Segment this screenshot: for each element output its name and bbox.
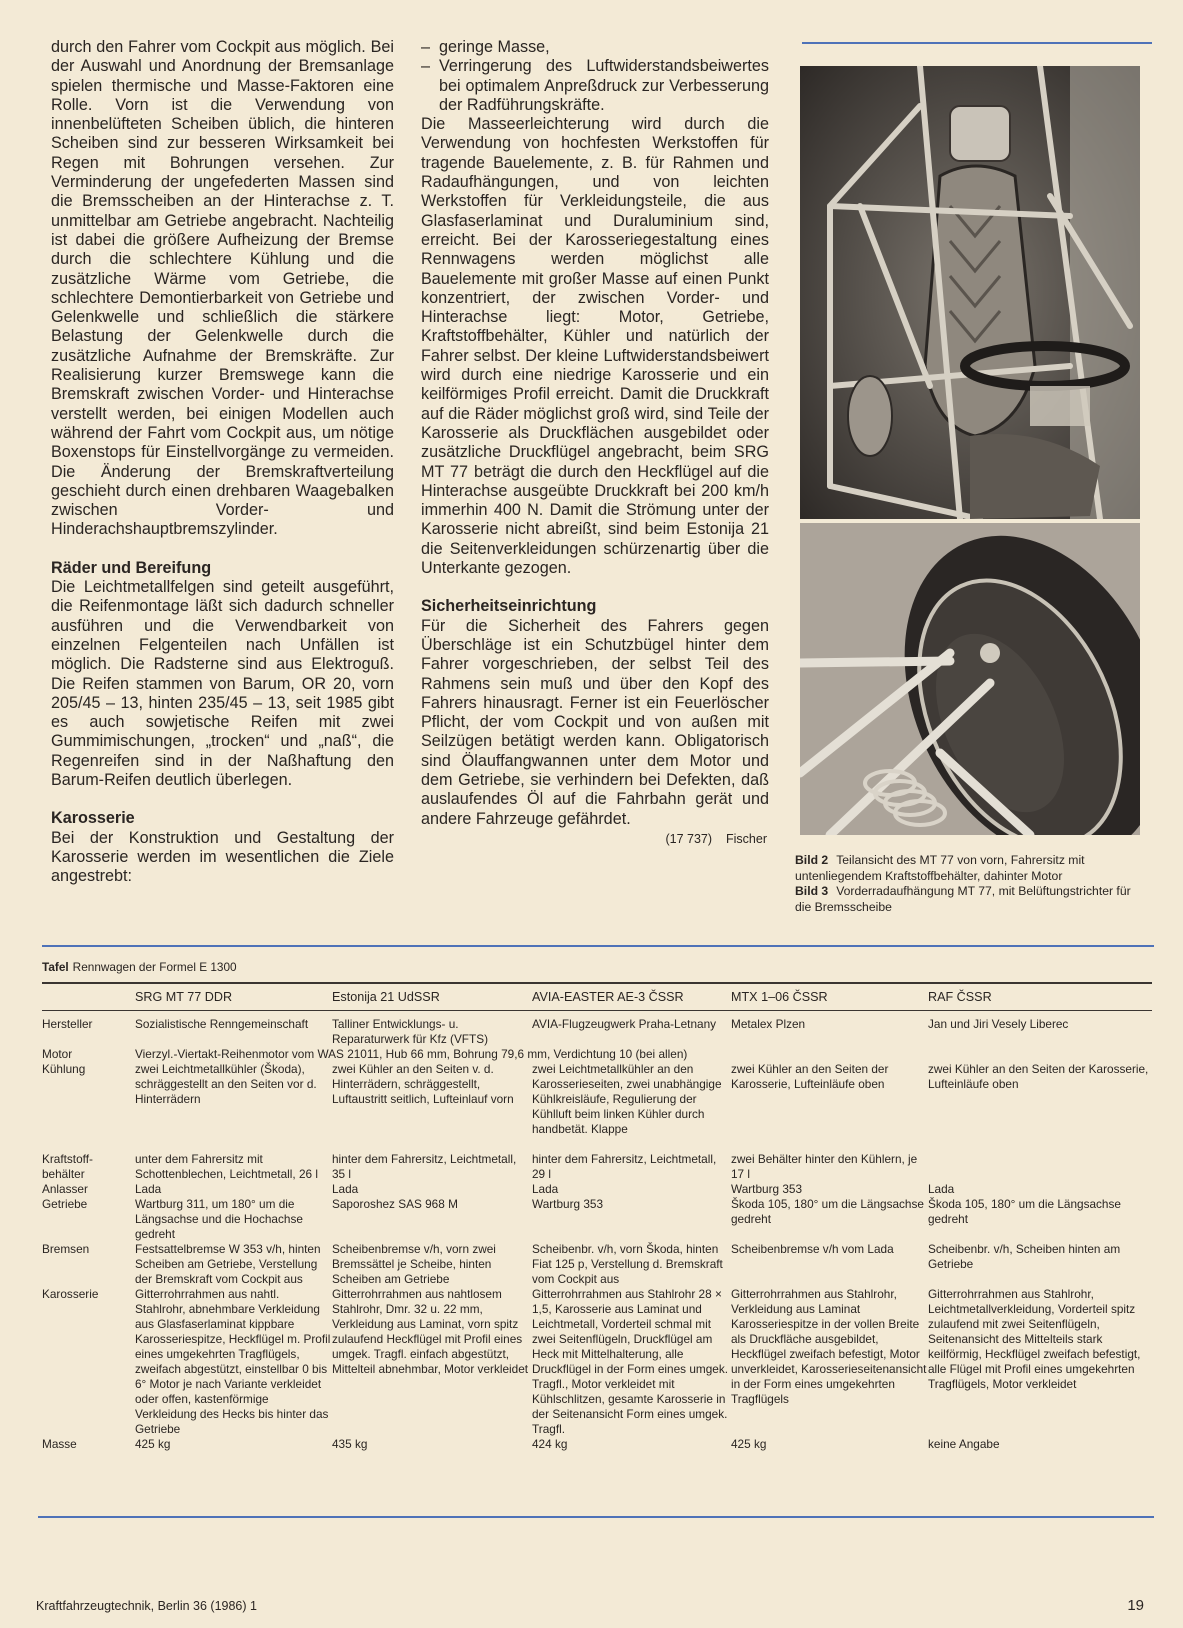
table-row-hersteller: Hersteller Sozialistische Renngemeinscha… bbox=[42, 1017, 1152, 1047]
paragraph-sicherheit: Für die Sicherheit des Fahrers gegen Übe… bbox=[421, 617, 769, 829]
paragraph-raeder: Die Leichtmetallfelgen sind geteilt ausg… bbox=[51, 578, 394, 790]
photo-bild-3-suspension bbox=[800, 523, 1140, 835]
front-suspension-photo-icon bbox=[800, 523, 1140, 835]
reference-number: (17 737) bbox=[665, 832, 712, 846]
table-rule bbox=[42, 1010, 1152, 1012]
column-header bbox=[42, 984, 135, 1010]
table-header-row: SRG MT 77 DDR Estonija 21 UdSSR AVIA-EAS… bbox=[42, 984, 1152, 1010]
table-row-getriebe: Getriebe Wartburg 311, um 180° um die Lä… bbox=[42, 1197, 1152, 1242]
table-title: TafelRennwagen der Formel E 1300 bbox=[42, 960, 1152, 975]
table-row-bremsen: Bremsen Festsattelbremse W 353 v/h, hint… bbox=[42, 1242, 1152, 1287]
photo-bild-2-cockpit bbox=[800, 66, 1140, 519]
paragraph-masseerleichterung: Die Masseerleichterung wird durch die Ve… bbox=[421, 115, 769, 578]
comparison-table: SRG MT 77 DDR Estonija 21 UdSSR AVIA-EAS… bbox=[42, 984, 1152, 1453]
divider-rule bbox=[38, 1516, 1154, 1518]
list-item: – geringe Masse, bbox=[421, 38, 769, 57]
table-row-kuehlung: Kühlung zwei Leichtmetallkühler (Škoda),… bbox=[42, 1062, 1152, 1152]
race-car-cockpit-photo-icon bbox=[800, 66, 1140, 519]
column-header: MTX 1–06 ČSSR bbox=[731, 984, 928, 1010]
author-name: Fischer bbox=[726, 832, 767, 846]
table-row-motor: Motor Vierzyl.-Viertakt-Reihenmotor vom … bbox=[42, 1047, 1152, 1062]
publication-footer: Kraftfahrzeugtechnik, Berlin 36 (1986) 1 bbox=[36, 1599, 257, 1613]
column-header: Estonija 21 UdSSR bbox=[332, 984, 532, 1010]
divider-rule bbox=[42, 945, 1154, 947]
heading-sicherheitseinrichtung: Sicherheitseinrichtung bbox=[421, 597, 769, 616]
column-header: RAF ČSSR bbox=[928, 984, 1152, 1010]
specification-table: TafelRennwagen der Formel E 1300 SRG MT … bbox=[42, 960, 1152, 1452]
column-header: AVIA-EASTER AE-3 ČSSR bbox=[532, 984, 731, 1010]
table-row-masse: Masse 425 kg 435 kg 424 kg 425 kg keine … bbox=[42, 1437, 1152, 1452]
dash-bullet-icon: – bbox=[421, 57, 439, 115]
caption-bild-2: Bild 2Teilansicht des MT 77 von vorn, Fa… bbox=[795, 853, 1150, 884]
paragraph-bremsen: durch den Fahrer vom Cockpit aus möglich… bbox=[51, 38, 394, 540]
heading-raeder-und-bereifung: Räder und Bereifung bbox=[51, 559, 394, 578]
text-column-2: – geringe Masse, – Verringerung des Luft… bbox=[421, 38, 769, 847]
dash-bullet-icon: – bbox=[421, 38, 439, 57]
text-column-1: durch den Fahrer vom Cockpit aus möglich… bbox=[51, 38, 394, 886]
column-header: SRG MT 77 DDR bbox=[135, 984, 332, 1010]
page-number: 19 bbox=[1127, 1597, 1144, 1614]
table-row-karosserie: Karosserie Gitterrohrrahmen aus nahtl. S… bbox=[42, 1287, 1152, 1437]
caption-bild-3: Bild 3Vorderradaufhängung MT 77, mit Bel… bbox=[795, 884, 1150, 915]
paragraph-karosserie: Bei der Konstruktion und Gestaltung der … bbox=[51, 829, 394, 887]
heading-karosserie: Karosserie bbox=[51, 809, 394, 828]
article-signature: (17 737)Fischer bbox=[421, 831, 769, 847]
table-row-kraftstoffbehaelter: Kraftstoff-behälter unter dem Fahrersitz… bbox=[42, 1152, 1152, 1182]
table-row-anlasser: Anlasser Lada Lada Lada Wartburg 353 Lad… bbox=[42, 1182, 1152, 1197]
list-item: – Verringerung des Luftwiderstandsbeiwer… bbox=[421, 57, 769, 115]
figure-captions: Bild 2Teilansicht des MT 77 von vorn, Fa… bbox=[795, 853, 1150, 915]
divider-rule bbox=[802, 42, 1152, 44]
